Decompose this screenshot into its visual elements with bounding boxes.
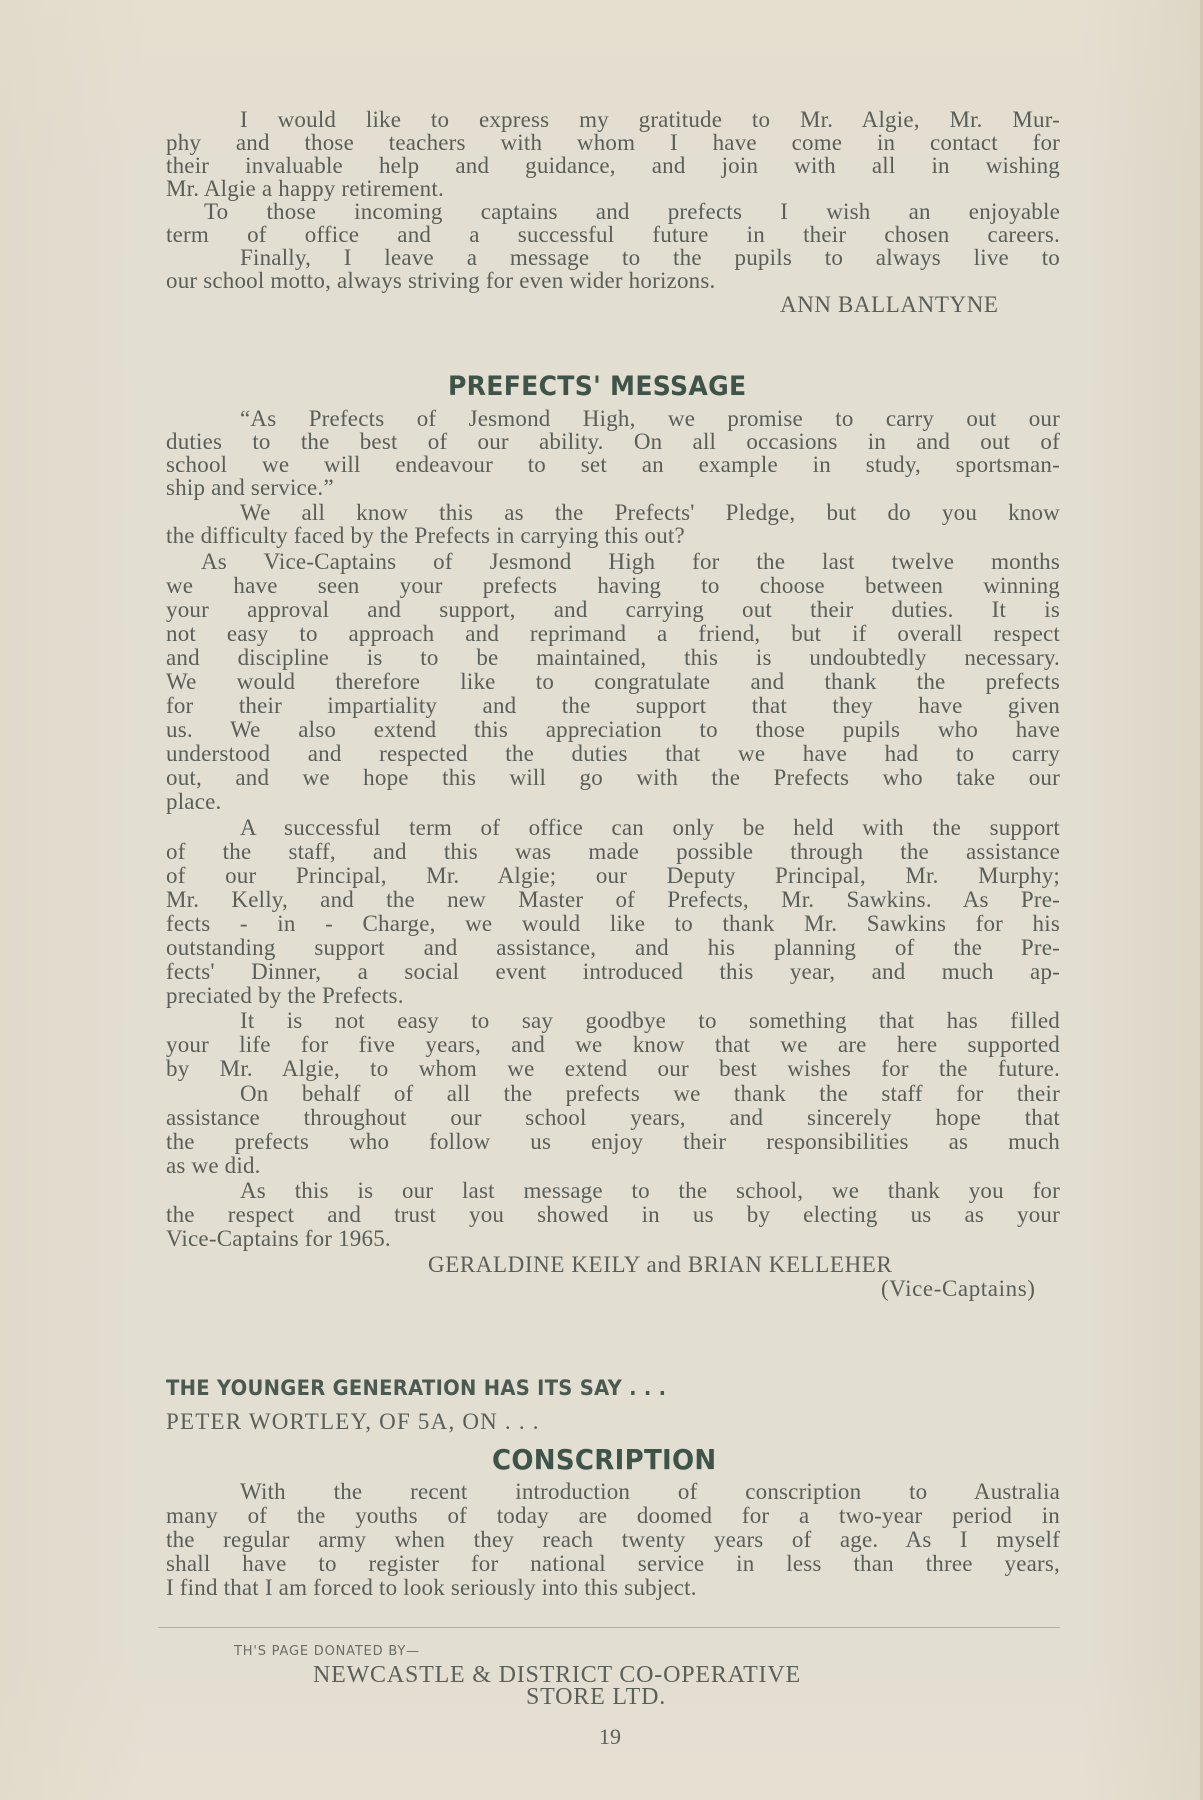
letter-line: I would like to express my gratitude to …: [240, 108, 1060, 132]
prefects-line: understood and respected the duties that…: [166, 742, 1060, 766]
letter-line: term of office and a successful future i…: [166, 223, 1060, 247]
prefects-line: On behalf of all the prefects we thank t…: [240, 1082, 1060, 1106]
prefects-line: fects - in - Charge, we would like to th…: [166, 912, 1060, 936]
prefects-line: school we will endeavour to set an examp…: [166, 453, 1060, 477]
article-byline: PETER WORTLEY, OF 5A, ON . . .: [166, 1410, 540, 1434]
sponsor-name-line-2: STORE LTD.: [526, 1684, 666, 1711]
prefects-line: place.: [166, 790, 1060, 814]
prefects-line: your approval and support, and carrying …: [166, 598, 1060, 622]
prefects-line: the prefects who follow us enjoy their r…: [166, 1130, 1060, 1154]
prefects-line: It is not easy to say goodbye to somethi…: [240, 1009, 1060, 1033]
conscription-line: With the recent introduction of conscrip…: [240, 1480, 1060, 1504]
prefects-line: not easy to approach and reprimand a fri…: [166, 622, 1060, 646]
prefects-line: “As Prefects of Jesmond High, we promise…: [240, 407, 1060, 431]
younger-generation-heading: THE YOUNGER GENERATION HAS ITS SAY . . .: [166, 1376, 666, 1400]
conscription-line: shall have to register for national serv…: [166, 1552, 1060, 1576]
letter-line: phy and those teachers with whom I have …: [166, 131, 1060, 155]
prefects-line: the respect and trust you showed in us b…: [166, 1203, 1060, 1227]
prefects-message-heading: PREFECTS' MESSAGE: [448, 371, 746, 402]
letter-line: To those incoming captains and prefects …: [204, 200, 1060, 224]
conscription-line: the regular army when they reach twenty …: [166, 1528, 1060, 1552]
page-number: 19: [599, 1724, 621, 1750]
donated-by-label: TH'S PAGE DONATED BY—: [234, 1644, 420, 1659]
conscription-line: I find that I am forced to look seriousl…: [166, 1576, 1060, 1600]
prefects-line: your life for five years, and we know th…: [166, 1033, 1060, 1057]
prefects-line: A successful term of office can only be …: [240, 816, 1060, 840]
conscription-line: many of the youths of today are doomed f…: [166, 1504, 1060, 1528]
letter-line: Mr. Algie a happy retirement.: [166, 177, 1060, 201]
letter-line: Finally, I leave a message to the pupils…: [240, 246, 1060, 270]
prefects-line: us. We also extend this appreciation to …: [166, 718, 1060, 742]
prefects-line: assistance throughout our school years, …: [166, 1106, 1060, 1130]
prefects-signature: GERALDINE KEILY and BRIAN KELLEHER: [428, 1253, 892, 1277]
letter-signature: ANN BALLANTYNE: [780, 293, 999, 317]
prefects-line: As Vice-Captains of Jesmond High for the…: [201, 550, 1060, 574]
prefects-signature-role: (Vice-Captains): [881, 1277, 1036, 1301]
prefects-line: and discipline is to be maintained, this…: [166, 646, 1060, 670]
prefects-line: As this is our last message to the schoo…: [240, 1179, 1060, 1203]
prefects-line: out, and we hope this will go with the P…: [166, 766, 1060, 790]
prefects-line: We all know this as the Prefects' Pledge…: [240, 501, 1060, 525]
prefects-line: for their impartiality and the support t…: [166, 694, 1060, 718]
prefects-line: we have seen your prefects having to cho…: [166, 574, 1060, 598]
prefects-line: preciated by the Prefects.: [166, 984, 1060, 1008]
prefects-line: Vice-Captains for 1965.: [166, 1227, 1060, 1251]
prefects-line: the difficulty faced by the Prefects in …: [166, 524, 1060, 548]
letter-line: their invaluable help and guidance, and …: [166, 154, 1060, 178]
prefects-line: We would therefore like to congratulate …: [166, 670, 1060, 694]
footer-divider: [158, 1627, 1060, 1628]
prefects-line: of our Principal, Mr. Algie; our Deputy …: [166, 864, 1060, 888]
prefects-line: ship and service.”: [166, 476, 1060, 500]
letter-line: our school motto, always striving for ev…: [166, 269, 1060, 293]
conscription-heading: CONSCRIPTION: [492, 1443, 716, 1476]
prefects-line: as we did.: [166, 1154, 1060, 1178]
prefects-line: outstanding support and assistance, and …: [166, 936, 1060, 960]
prefects-line: Mr. Kelly, and the new Master of Prefect…: [166, 888, 1060, 912]
prefects-line: by Mr. Algie, to whom we extend our best…: [166, 1057, 1060, 1081]
prefects-line: duties to the best of our ability. On al…: [166, 430, 1060, 454]
prefects-line: of the staff, and this was made possible…: [166, 840, 1060, 864]
prefects-line: fects' Dinner, a social event introduced…: [166, 960, 1060, 984]
